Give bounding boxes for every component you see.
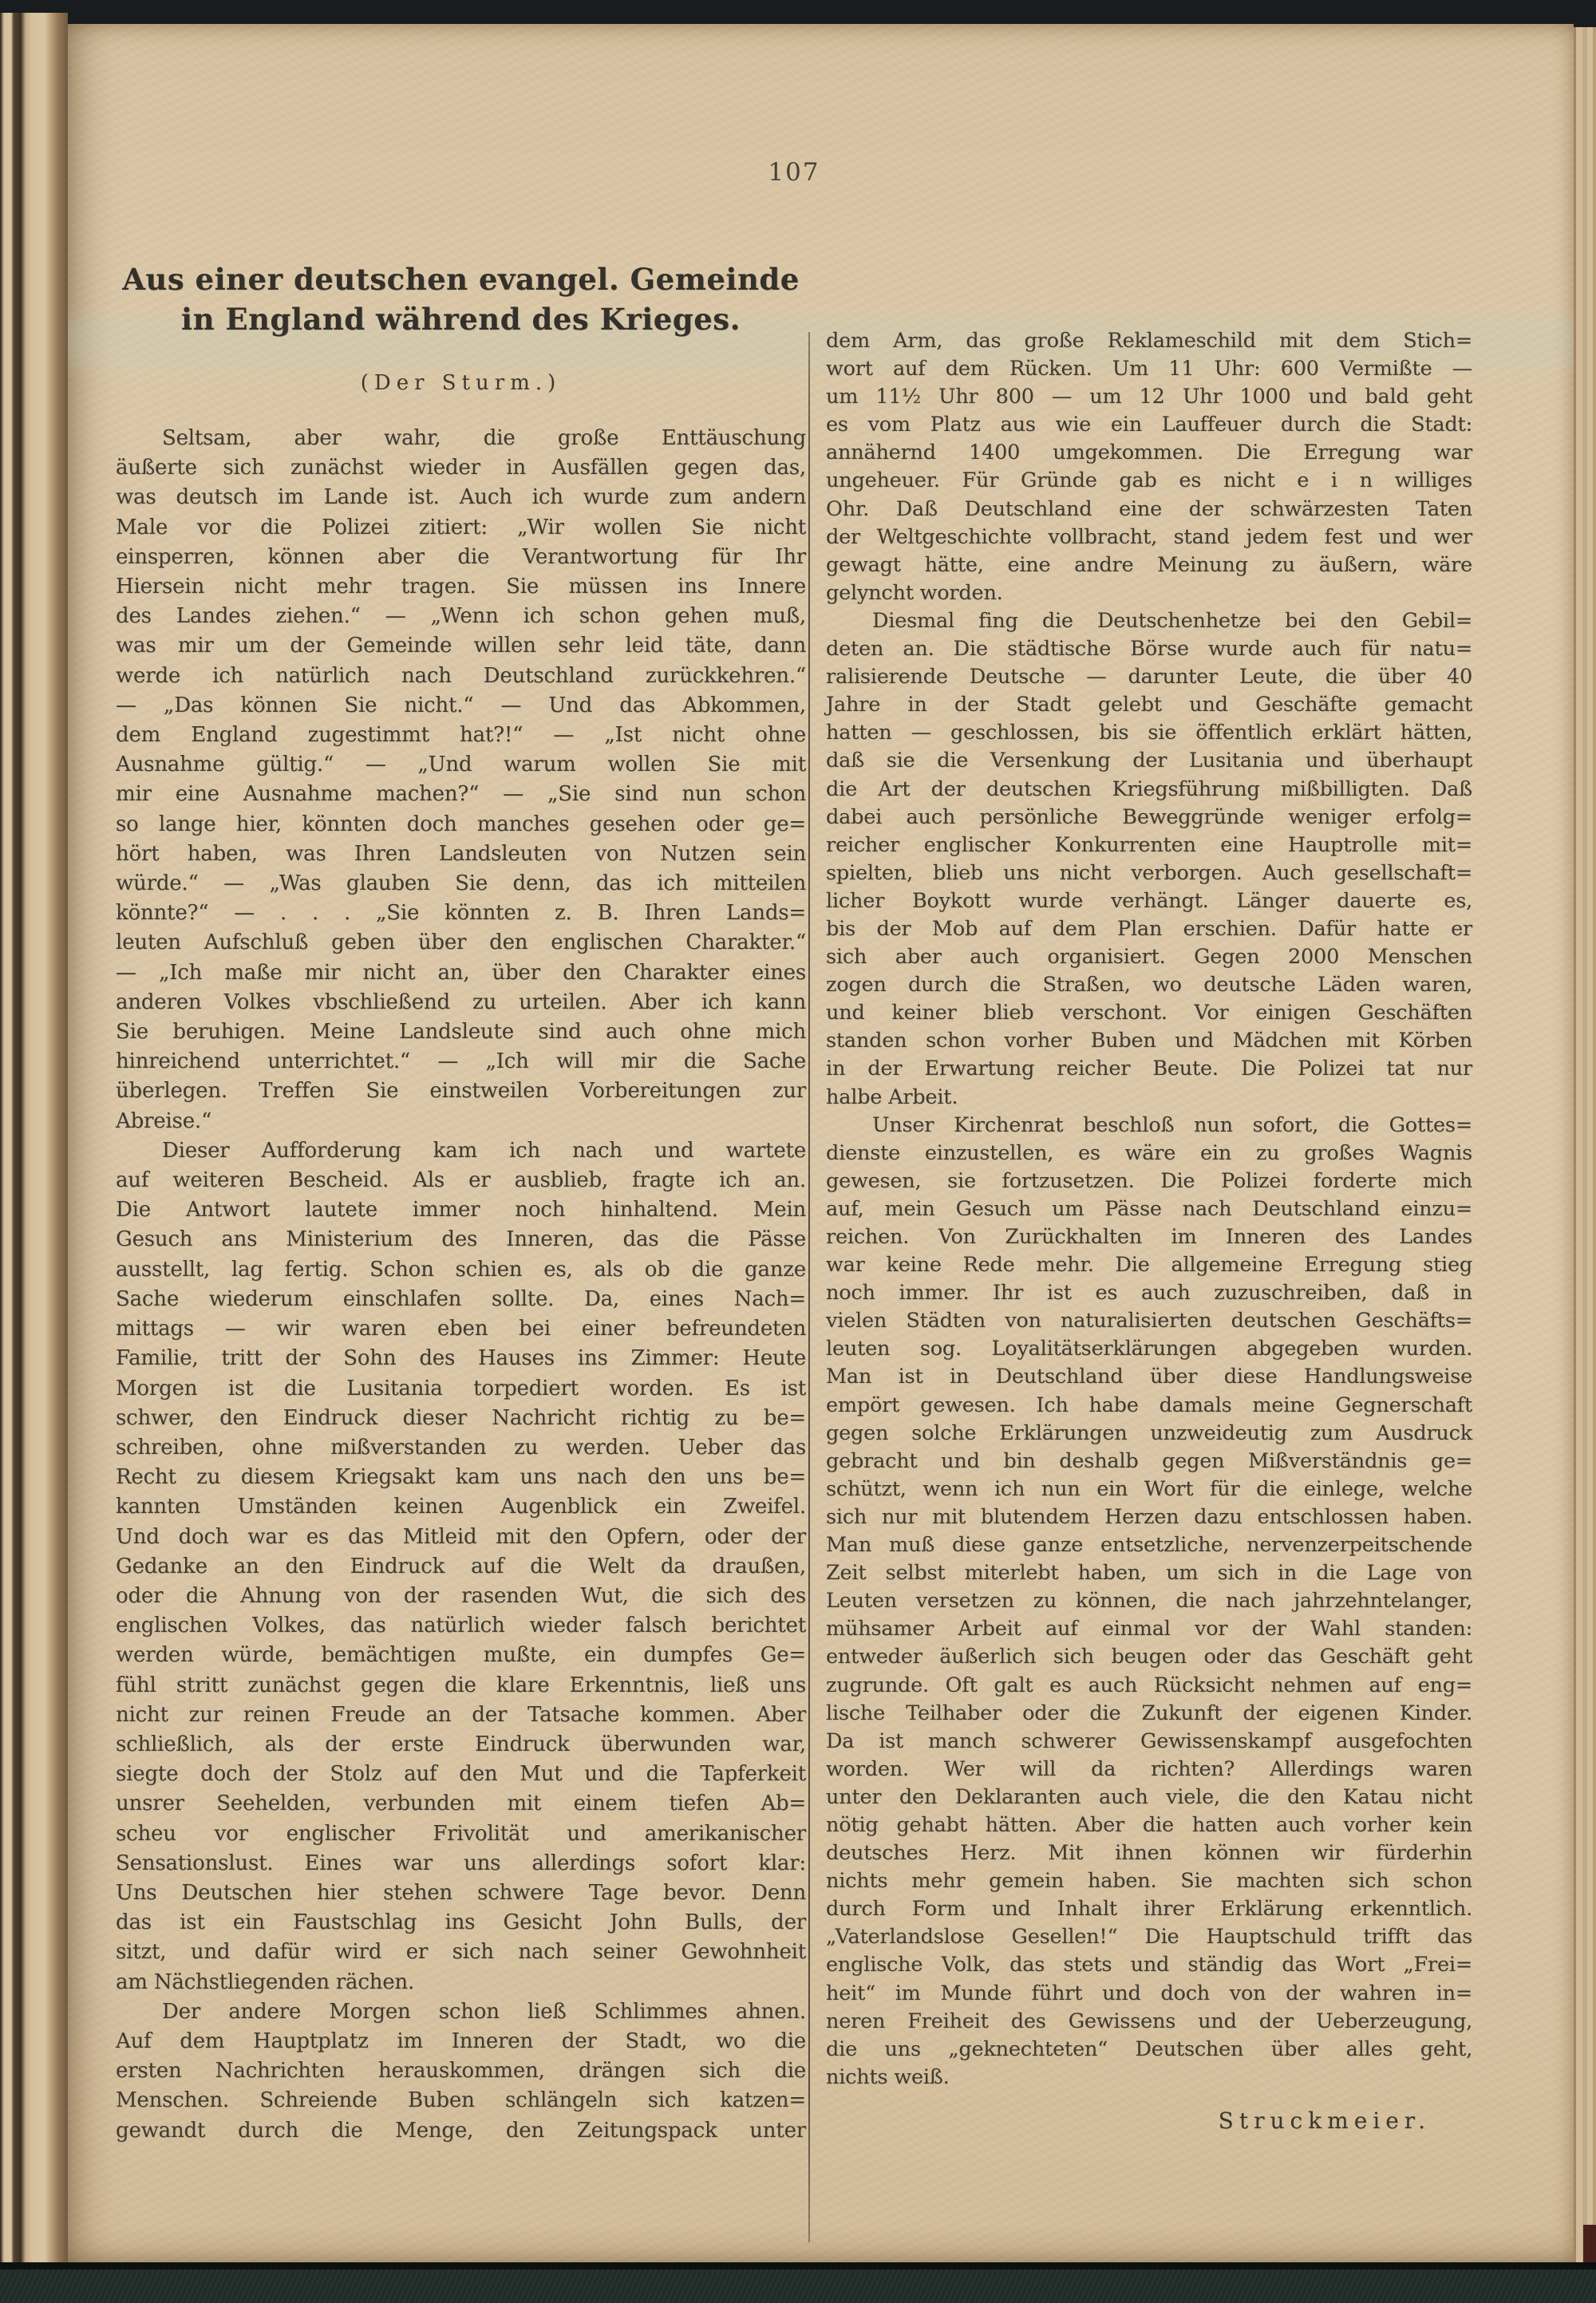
text-line: werden würde, bemächtigen mußte, ein dum… (116, 1641, 806, 1670)
text-line: gewesen, sie fortzusetzen. Die Polizei f… (826, 1167, 1472, 1195)
text-line: würde.“ — „Was glauben Sie denn, das ich… (116, 869, 806, 899)
right-column: dem Arm, das große Reklameschild mit dem… (826, 327, 1472, 2134)
text-line: schützt, wenn ich nun ein Wort für die e… (826, 1475, 1472, 1503)
text-line: Uns Deutschen hier stehen schwere Tage b… (116, 1878, 806, 1908)
text-line: scheu vor englischer Frivolität und amer… (116, 1819, 806, 1849)
text-line: unter den Deklaranten auch viele, die de… (826, 1784, 1472, 1811)
text-line: Sache wiederum einschlafen sollte. Da, e… (116, 1285, 806, 1314)
book-cover-bottom (0, 2262, 1596, 2303)
text-line: lische Teilhaber oder die Zukunft der ei… (826, 1700, 1472, 1728)
text-line: Man muß diese ganze entsetzliche, nerven… (826, 1531, 1472, 1559)
text-line: zugrunde. Oft galt es auch Rücksicht neh… (826, 1672, 1472, 1700)
page-right-edge (1574, 27, 1596, 2262)
book-page-stack-edge (0, 13, 68, 2265)
text-line: werde ich natürlich nach Deutschland zur… (116, 662, 806, 691)
text-line: annähernd 1400 umgekommen. Die Erregung … (826, 439, 1472, 467)
paragraph: Diesmal fing die Deutschenhetze bei den … (826, 607, 1472, 1112)
text-line: Sie beruhigen. Meine Landsleute sind auc… (116, 1017, 806, 1047)
text-line: mittags — wir waren eben bei einer befre… (116, 1314, 806, 1344)
text-line: die Art der deutschen Kriegsführung mißb… (826, 776, 1472, 804)
text-line: Da ist manch schwerer Gewissenskampf aus… (826, 1728, 1472, 1756)
text-line: überlegen. Treffen Sie einstweilen Vorbe… (116, 1076, 806, 1106)
text-line: Auf dem Hauptplatz im Inneren der Stadt,… (116, 2027, 806, 2056)
text-line: kannten Umständen keinen Augenblick ein … (116, 1492, 806, 1522)
paragraph: Der andere Morgen schon ließ Schlimmes a… (116, 1997, 806, 2146)
text-line: nichts weiß. (826, 2064, 1472, 2092)
paragraph: Seltsam, aber wahr, die große Enttäuschu… (116, 424, 806, 1136)
text-line: reicher englischer Konkurrenten eine Hau… (826, 832, 1472, 859)
text-line: so lange hier, könnten doch manches gese… (116, 810, 806, 839)
text-line: Gedanke an den Eindruck auf die Welt da … (116, 1552, 806, 1582)
text-line: Morgen ist die Lusitania torpediert word… (116, 1374, 806, 1404)
text-line: vielen Städten von naturalisierten deuts… (826, 1307, 1472, 1335)
text-line: um 11½ Uhr 800 — um 12 Uhr 1000 und bald… (826, 383, 1472, 411)
text-line: Diesmal fing die Deutschenhetze bei den … (826, 607, 1472, 635)
page-edge-notch (1583, 2225, 1596, 2262)
text-line: gebracht und bin deshalb gegen Mißverstä… (826, 1448, 1472, 1475)
paragraph: dem Arm, das große Reklameschild mit dem… (826, 327, 1472, 607)
text-line: Zeit selbst miterlebt haben, um sich in … (826, 1559, 1472, 1587)
text-line: der Weltgeschichte vollbracht, stand jed… (826, 523, 1472, 551)
paragraph: Unser Kirchenrat beschloß nun sofort, di… (826, 1112, 1472, 2092)
text-line: dem Arm, das große Reklameschild mit dem… (826, 327, 1472, 355)
text-line: hatten — geschlossen, bis sie öffentlich… (826, 719, 1472, 747)
text-line: dabei auch persönliche Beweggründe wenig… (826, 804, 1472, 832)
text-line: könnte?“ — . . . „Sie könnten z. B. Ihre… (116, 899, 806, 928)
text-line: was mir um der Gemeinde willen sehr leid… (116, 631, 806, 661)
page-content: 107 Aus einer deutschen evangel. Gemeind… (116, 24, 1472, 2262)
text-line: auf, mein Gesuch um Pässe nach Deutschla… (826, 1195, 1472, 1223)
text-line: Dieser Aufforderung kam ich nach und war… (116, 1136, 806, 1166)
text-line: in der Erwartung reicher Beute. Die Poli… (826, 1055, 1472, 1083)
text-line: durch Form und Inhalt ihrer Erklärung er… (826, 1895, 1472, 1923)
text-line: war keine Rede mehr. Die allgemeine Erre… (826, 1251, 1472, 1279)
text-line: dem England zugestimmt hat?!“ — „Ist nic… (116, 721, 806, 750)
text-line: Der andere Morgen schon ließ Schlimmes a… (116, 1997, 806, 2027)
text-line: Ausnahme gültig.“ — „Und warum wollen Si… (116, 750, 806, 780)
text-line: Hiersein nicht mehr tragen. Sie müssen i… (116, 572, 806, 602)
text-line: des Landes ziehen.“ — „Wenn ich schon ge… (116, 602, 806, 631)
text-line: gewandt durch die Menge, den Zeitungspac… (116, 2116, 806, 2146)
text-line: Man ist in Deutschland über diese Handlu… (826, 1363, 1472, 1391)
text-line: sich nur mit blutendem Herzen dazu entsc… (826, 1503, 1472, 1531)
text-line: heit“ im Munde führt und doch von der wa… (826, 1980, 1472, 2008)
text-line: die uns „geknechteten“ Deutschen über al… (826, 2036, 1472, 2064)
text-line: worden. Wer will da richten? Allerdings … (826, 1756, 1472, 1784)
text-line: sich aber auch organisiert. Gegen 2000 M… (826, 943, 1472, 971)
article-title-line2: in England während des Krieges. (116, 299, 806, 339)
text-line: ungeheuer. Für Gründe gab es nicht e i n… (826, 467, 1472, 495)
text-line: „Vaterlandslose Gesellen!“ Die Hauptschu… (826, 1923, 1472, 1951)
text-line: hinreichend unterrichtet.“ — „Ich will m… (116, 1047, 806, 1076)
text-line: schwer, den Eindruck dieser Nachricht ri… (116, 1404, 806, 1433)
text-line: standen schon vorher Buben und Mädchen m… (826, 1027, 1472, 1055)
text-line: Male vor die Polizei zitiert: „Wir wolle… (116, 513, 806, 543)
text-line: Menschen. Schreiende Buben schlängeln si… (116, 2086, 806, 2115)
page: 107 Aus einer deutschen evangel. Gemeind… (68, 24, 1574, 2262)
text-line: englische Volk, das stets und ständig da… (826, 1951, 1472, 1979)
text-line: wort auf dem Rücken. Um 11 Uhr: 600 Verm… (826, 355, 1472, 383)
text-line: englischen Volkes, das natürlich wieder … (116, 1611, 806, 1641)
text-line: empört gewesen. Ich habe damals meine Ge… (826, 1392, 1472, 1420)
text-line: Recht zu diesem Kriegsakt kam uns nach d… (116, 1463, 806, 1492)
article-subtitle: (Der Sturm.) (116, 371, 806, 395)
text-line: Familie, tritt der Sohn des Hauses ins Z… (116, 1344, 806, 1373)
text-line: mir eine Ausnahme machen?“ — „Sie sind n… (116, 780, 806, 809)
article-title-line1: Aus einer deutschen evangel. Gemeinde (116, 259, 806, 299)
text-line: was deutsch im Lande ist. Auch ich wurde… (116, 483, 806, 512)
text-line: anderen Volkes vbschließend zu urteilen.… (116, 988, 806, 1017)
text-line: nicht zur reinen Freude an der Tatsache … (116, 1701, 806, 1730)
text-line: spielten, blieb uns nicht verborgen. Auc… (826, 859, 1472, 887)
text-line: sitzt, und dafür wird er sich nach seine… (116, 1938, 806, 1967)
left-column: Aus einer deutschen evangel. Gemeinde in… (116, 259, 806, 2146)
text-line: und keiner blieb verschont. Vor einigen … (826, 999, 1472, 1027)
left-column-text: Seltsam, aber wahr, die große Enttäuschu… (116, 424, 806, 2146)
text-line: einsperren, können aber die Verantwortun… (116, 543, 806, 572)
text-line: zogen durch die Straßen, wo deutsche Läd… (826, 971, 1472, 999)
text-line: nötig gehabt hätten. Aber die hatten auc… (826, 1811, 1472, 1839)
text-line: — „Das können Sie nicht.“ — Und das Abko… (116, 691, 806, 721)
text-line: deten an. Die städtische Börse wurde auc… (826, 635, 1472, 663)
text-line: auf weiteren Bescheid. Als er ausblieb, … (116, 1166, 806, 1195)
text-line: daß sie die Versenkung der Lusitania und… (826, 747, 1472, 775)
text-line: schreiben, ohne mißverstanden zu werden.… (116, 1433, 806, 1463)
text-line: ersten Nachrichten herauskommen, drängen… (116, 2056, 806, 2086)
text-line: Ohr. Daß Deutschland eine der schwärzest… (826, 496, 1472, 523)
text-line: fühl stritt zunächst gegen die klare Erk… (116, 1671, 806, 1701)
text-line: siegte doch der Stolz auf den Mut und di… (116, 1760, 806, 1789)
text-line: Unser Kirchenrat beschloß nun sofort, di… (826, 1112, 1472, 1140)
text-line: dienste einzustellen, es wäre ein zu gro… (826, 1140, 1472, 1167)
author-signature: Struckmeier. (826, 2107, 1472, 2134)
paragraph: Dieser Aufforderung kam ich nach und war… (116, 1136, 806, 1997)
text-line: nichts mehr gemein haben. Sie machten si… (826, 1867, 1472, 1895)
text-line: reichen. Von Zurückhalten im Inneren des… (826, 1223, 1472, 1251)
text-line: gegen solche Erklärungen unzweideutig zu… (826, 1420, 1472, 1448)
text-line: deutsches Herz. Mit ihnen können wir für… (826, 1839, 1472, 1867)
text-line: das ist ein Faustschlag ins Gesicht John… (116, 1908, 806, 1938)
text-line: entweder äußerlich sich beugen oder das … (826, 1643, 1472, 1671)
text-line: am Nächstliegenden rächen. (116, 1968, 806, 1997)
text-line: ralisierende Deutsche — darunter Leute, … (826, 663, 1472, 691)
text-line: Und doch war es das Mitleid mit den Opfe… (116, 1523, 806, 1552)
text-line: neren Freiheit des Gewissens und der Ueb… (826, 2008, 1472, 2036)
text-line: Die Antwort lautete immer noch hinhalten… (116, 1195, 806, 1225)
text-line: hört haben, was Ihren Landsleuten von Nu… (116, 839, 806, 869)
text-line: äußerte sich zunächst wieder in Ausfälle… (116, 453, 806, 483)
scanned-book-page: { "colors": { "page_background": "#dcc8a… (0, 0, 1596, 2303)
text-line: Leuten versetzen zu können, die nach jah… (826, 1587, 1472, 1615)
right-column-text: dem Arm, das große Reklameschild mit dem… (826, 327, 1472, 2092)
text-line: bis der Mob auf dem Plan erschien. Dafür… (826, 915, 1472, 943)
text-line: Seltsam, aber wahr, die große Enttäuschu… (116, 424, 806, 453)
text-line: Abreise.“ (116, 1107, 806, 1136)
article-title: Aus einer deutschen evangel. Gemeinde in… (116, 259, 806, 339)
text-line: licher Boykott wurde verhängt. Länger da… (826, 887, 1472, 915)
text-line: Jahre in der Stadt gelebt und Geschäfte … (826, 691, 1472, 719)
text-line: es vom Platz aus wie ein Lauffeuer durch… (826, 411, 1472, 439)
text-line: leuten sog. Loyalitätserklärungen abgege… (826, 1335, 1472, 1363)
column-divider-rule (808, 332, 810, 2242)
page-number: 107 (116, 158, 1472, 187)
text-line: mühsamer Arbeit auf einmal vor der Wahl … (826, 1615, 1472, 1643)
text-line: schließlich, als der erste Eindruck über… (116, 1730, 806, 1760)
text-line: noch immer. Ihr ist es auch zuzuschreibe… (826, 1279, 1472, 1307)
text-line: gelyncht worden. (826, 579, 1472, 607)
text-line: Sensationslust. Eines war uns allerdings… (116, 1849, 806, 1878)
text-line: unsrer Seehelden, verbunden mit einem ti… (116, 1789, 806, 1819)
text-line: Gesuch ans Ministerium des Inneren, das … (116, 1225, 806, 1254)
text-line: leuten Aufschluß geben über den englisch… (116, 928, 806, 958)
text-line: oder die Ahnung von der rasenden Wut, di… (116, 1582, 806, 1611)
text-line: ausstellt, lag fertig. Schon schien es, … (116, 1255, 806, 1285)
text-line: gewagt hätte, eine andre Meinung zu äuße… (826, 551, 1472, 579)
text-line: — „Ich maße mir nicht an, über den Chara… (116, 958, 806, 988)
text-line: halbe Arbeit. (826, 1084, 1472, 1112)
